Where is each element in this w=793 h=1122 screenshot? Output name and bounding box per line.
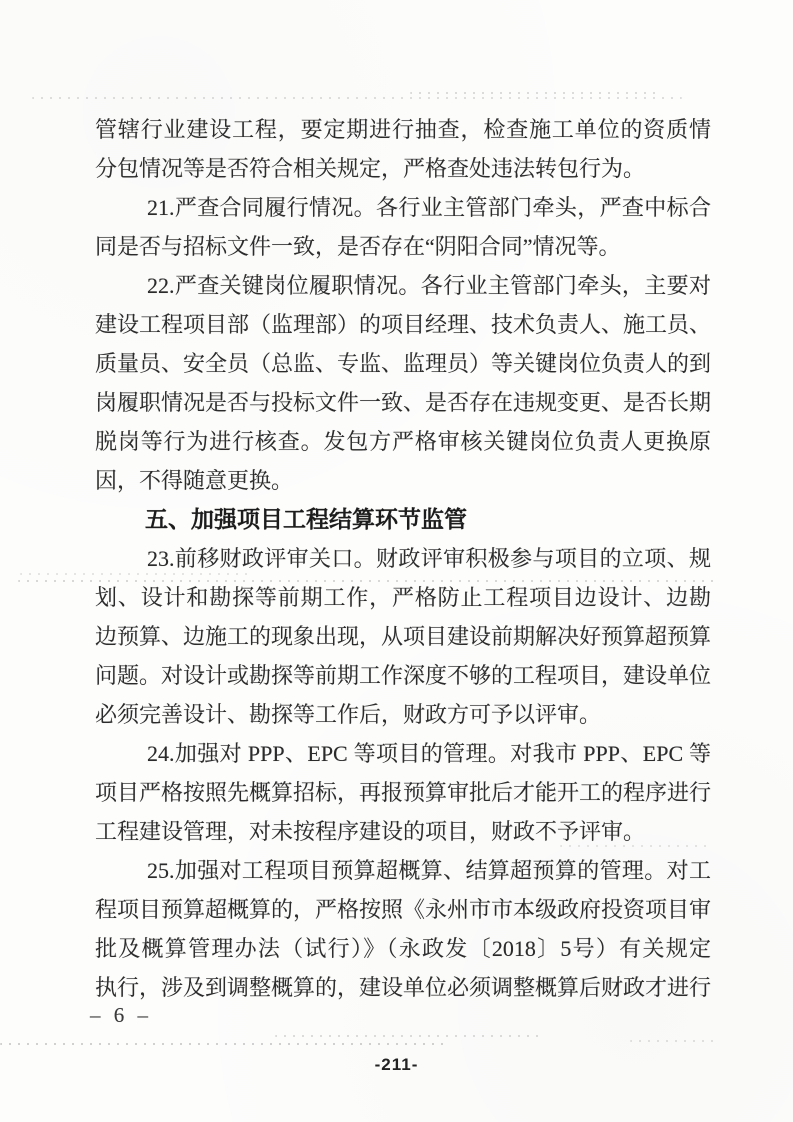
text-line: 岗履职情况是否与投标文件一致、是否存在违规变更、是否长期: [95, 383, 711, 422]
text-line: 执行，涉及到调整概算的，建设单位必须调整概算后财政才进行: [95, 968, 711, 1007]
text-line: 建设工程项目部（监理部）的项目经理、技术负责人、施工员、: [95, 305, 711, 344]
text-line-item-23: 23.前移财政评审关口。财政评审积极参与项目的立项、规: [95, 539, 711, 578]
scan-noise: [32, 97, 682, 99]
text-line: 同是否与招标文件一致，是否存在“阴阳合同”情况等。: [95, 227, 711, 266]
text-line: 批及概算管理办法（试行）》（永政发〔2018〕5号）有关规定: [95, 929, 711, 968]
document-page-number: – 6 –: [90, 1003, 152, 1028]
compilation-page-number: -211-: [0, 1055, 793, 1075]
scanned-document-page: 管辖行业建设工程，要定期进行抽查，检查施工单位的资质情况、 分包情况等是否符合相…: [0, 0, 793, 1122]
text-line: 划、设计和勘探等前期工作，严格防止工程项目边设计、边勘探、: [95, 578, 711, 617]
scan-noise: [0, 1043, 450, 1045]
text-line: 程项目预算超概算的，严格按照《永州市市本级政府投资项目审: [95, 890, 711, 929]
text-line: 因，不得随意更换。: [95, 461, 711, 500]
text-line: 分包情况等是否符合相关规定，严格查处违法转包行为。: [95, 149, 711, 188]
text-line: 边预算、边施工的现象出现，从项目建设前期解决好预算超预算: [95, 617, 711, 656]
text-line-item-25: 25.加强对工程项目预算超概算、结算超预算的管理。对工: [95, 851, 711, 890]
text-line: 质量员、安全员（总监、专监、监理员）等关键岗位负责人的到: [95, 344, 711, 383]
text-line: 问题。对设计或勘探等前期工作深度不够的工程项目，建设单位: [95, 656, 711, 695]
scan-noise: [630, 1040, 720, 1042]
document-text-block: 管辖行业建设工程，要定期进行抽查，检查施工单位的资质情况、 分包情况等是否符合相…: [95, 110, 711, 1007]
section-heading-5: 五、加强项目工程结算环节监管: [95, 500, 711, 539]
text-line-item-22: 22.严查关键岗位履职情况。各行业主管部门牵头，主要对: [95, 266, 711, 305]
text-line: 管辖行业建设工程，要定期进行抽查，检查施工单位的资质情况、: [95, 110, 711, 149]
text-line: 脱岗等行为进行核查。发包方严格审核关键岗位负责人更换原: [95, 422, 711, 461]
text-line: 工程建设管理，对未按程序建设的项目，财政不予评审。: [95, 812, 711, 851]
scan-noise: [275, 1035, 540, 1037]
text-line-item-21: 21.严查合同履行情况。各行业主管部门牵头，严查中标合: [95, 188, 711, 227]
scan-noise: [410, 92, 660, 94]
text-line-item-24: 24.加强对 PPP、EPC 等项目的管理。对我市 PPP、EPC 等: [95, 734, 711, 773]
text-line: 项目严格按照先概算招标，再报预算审批后才能开工的程序进行: [95, 773, 711, 812]
text-line: 必须完善设计、勘探等工作后，财政方可予以评审。: [95, 695, 711, 734]
